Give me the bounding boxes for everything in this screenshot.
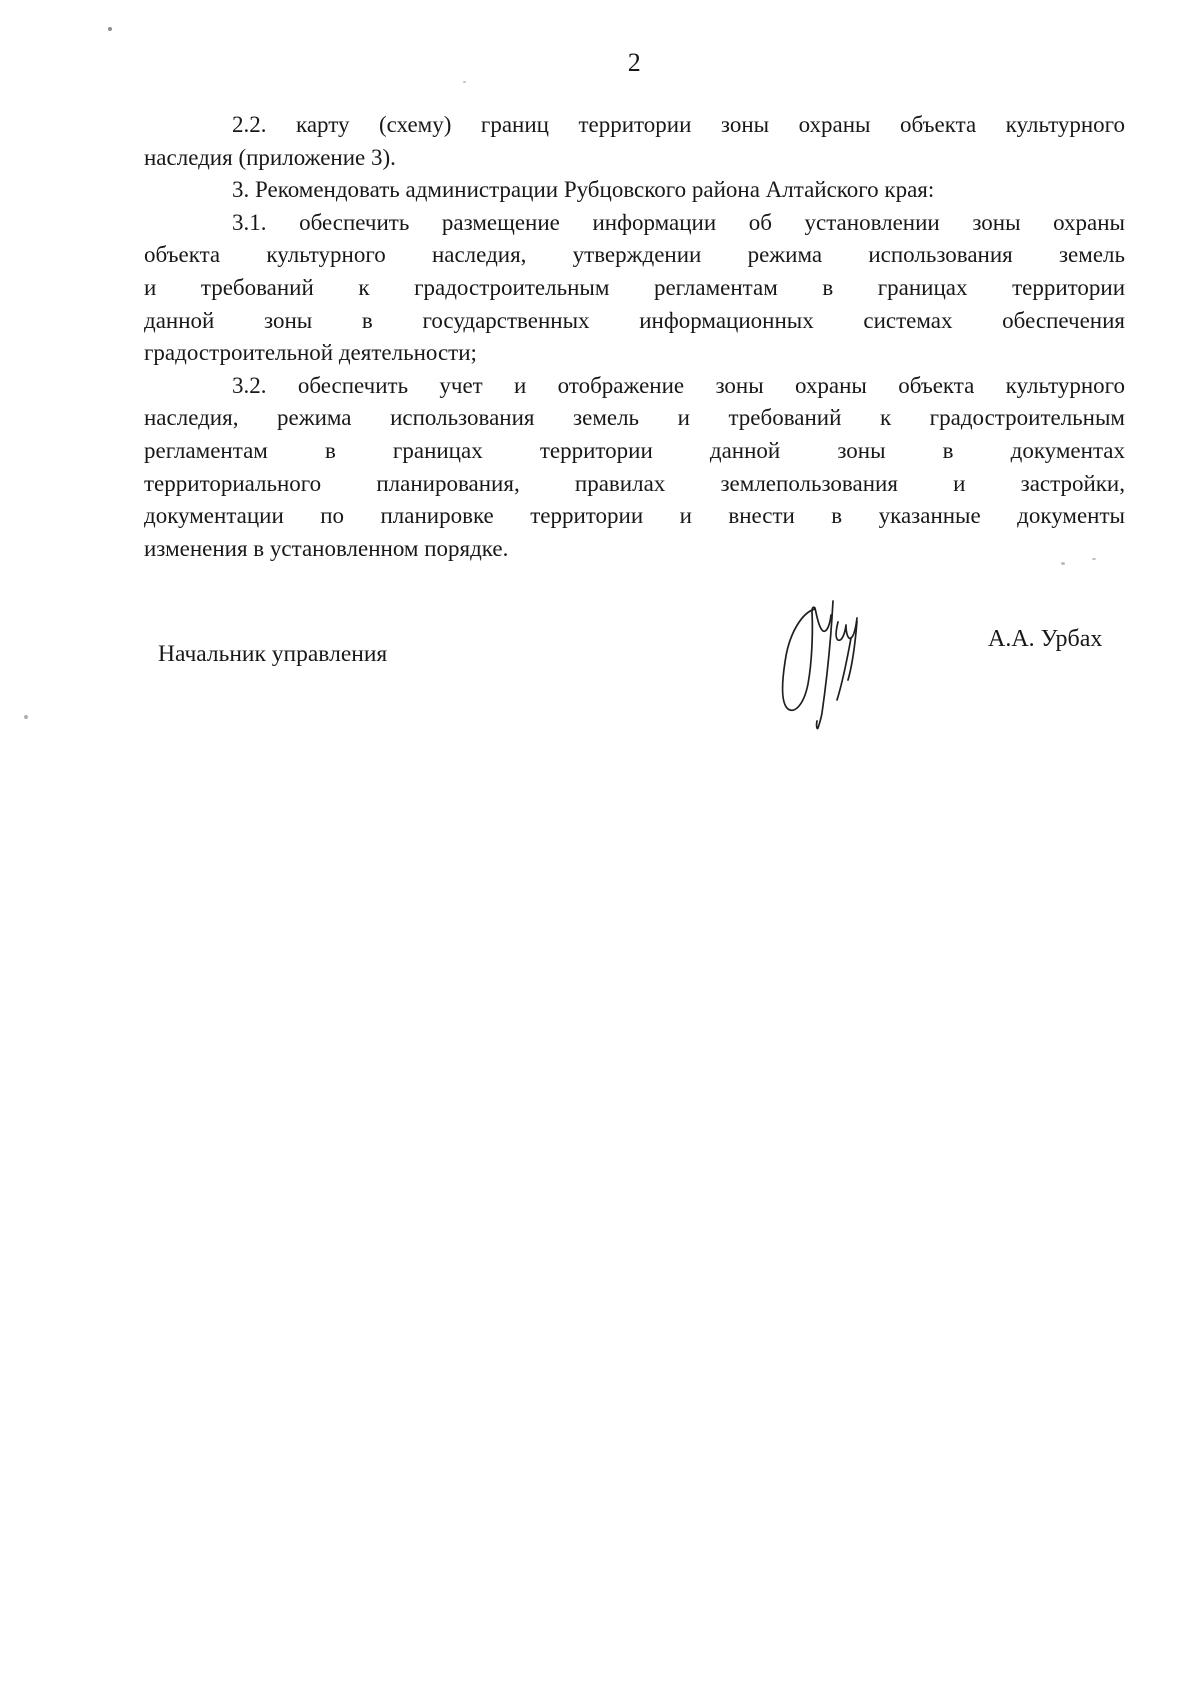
clause-3-2-line: 3.2. обеспечить учет и отображение зоны … [144, 370, 1125, 403]
scan-speck [1061, 562, 1065, 565]
signer-position-title: Начальник управления [158, 641, 387, 668]
scan-speck [108, 27, 112, 31]
clause-3-1-line: объекта культурного наследия, утверждени… [144, 239, 1125, 272]
clause-3-1-line: 3.1. обеспечить размещение информации об… [144, 207, 1125, 240]
document-page: 2 2.2. карту (схему) границ территории з… [0, 0, 1200, 1697]
signer-name: А.А. Урбах [988, 626, 1102, 653]
clause-3-1-line: градостроительной деятельности; [144, 337, 1125, 370]
handwritten-signature [758, 588, 882, 750]
clause-2-2-line: 2.2. карту (схему) границ территории зон… [144, 109, 1125, 142]
clause-2-2-line: наследия (приложение 3). [144, 142, 1125, 175]
clause-3-2-line: изменения в установленном порядке. [144, 533, 1125, 566]
clause-3-2-line: документации по планировке территории и … [144, 500, 1125, 533]
clause-3-1-line: данной зоны в государственных информацио… [144, 305, 1125, 338]
page-number: 2 [144, 48, 1125, 78]
scan-speck [24, 715, 28, 719]
clause-3-line: 3. Рекомендовать администрации Рубцовско… [144, 174, 1125, 207]
clause-3-2-line: регламентам в границах территории данной… [144, 435, 1125, 468]
scan-speck [463, 81, 466, 83]
document-body: 2.2. карту (схему) границ территории зон… [144, 109, 1125, 565]
clause-3-1-line: и требований к градостроительным регламе… [144, 272, 1125, 305]
clause-3-2-line: территориального планирования, правилах … [144, 468, 1125, 501]
scan-speck [1092, 558, 1096, 560]
clause-3-2-line: наследия, режима использования земель и … [144, 402, 1125, 435]
